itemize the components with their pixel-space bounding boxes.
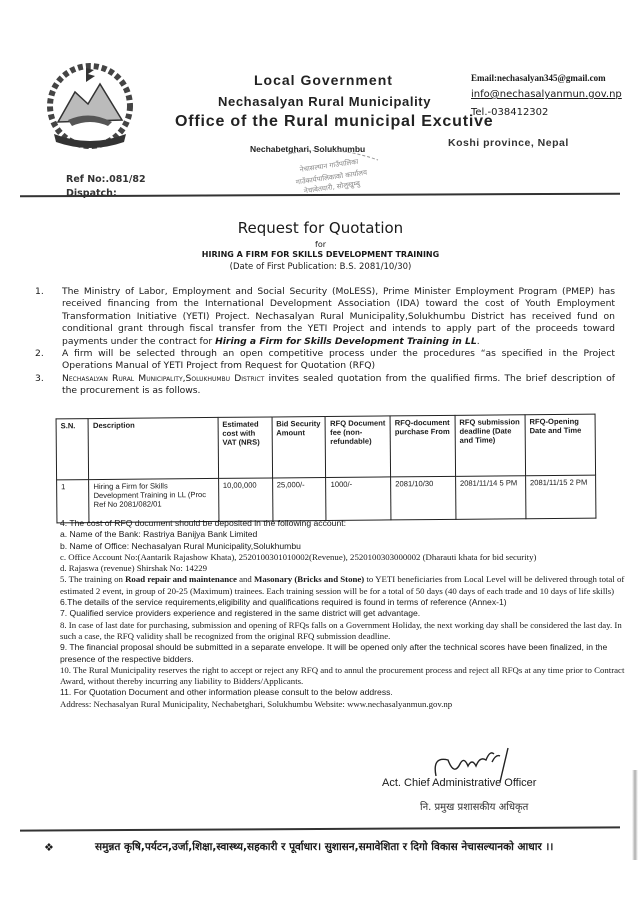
email-address-gmail[interactable]: Email:nechasalyan345@gmail.com [471,73,606,83]
clause-4a: a. Name of the Bank: Rastriya Banijya Ba… [60,529,630,540]
clause-6: 6.The details of the service requirement… [60,597,630,608]
contact-address: Address: Nechasalyan Rural Municipality,… [60,699,630,710]
cell-submission-deadline: 2081/11/14 5 PM [455,476,525,520]
col-purchase-from: RFQ-document purchase From [390,415,455,477]
signatory-title-nepali: नि. प्रमुख प्रशासकीय अधिकृत [420,799,528,813]
clause-5-text: and [237,574,254,584]
document-for: for [0,240,641,249]
paragraph-emphasis: Hiring a Firm for Skills Development Tra… [215,336,477,347]
cell-document-fee: 1000/- [326,477,391,521]
clause-4d: d. Rajaswa (revenue) Shirshak No: 14229 [60,563,630,574]
clause-4b: b. Name of Office: Nechasalyan Rural Mun… [60,541,630,552]
publication-date: (Date of First Publication: B.S. 2081/10… [0,262,641,272]
clause-4: 4. The cost of RFQ document should be de… [60,518,630,529]
col-description: Description [88,417,218,479]
clause-9: 9. The financial proposal should be subm… [60,642,630,665]
email-address-official[interactable]: info@nechasalyanmun.gov.np [471,89,622,100]
footer-divider [20,826,620,831]
paragraph-text: A firm will be selected through an open … [62,348,615,373]
cell-opening-date: 2081/11/15 2 PM [525,475,595,519]
table-row: 1 Hiring a Firm for Skills Development T… [57,475,596,523]
procurement-table: S.N. Description Estimated cost with VAT… [56,414,597,524]
clause-4c: c. Office Account No:(Aantarik Rajashow … [60,552,630,563]
cell-description: Hiring a Firm for Skills Development Tra… [89,478,219,522]
col-estimated-cost: Estimated cost with VAT (NRS) [218,417,272,478]
letterhead-municipality: Nechasalyan Rural Municipality [218,94,431,109]
document-subject: HIRING A FIRM FOR SKILLS DEVELOPMENT TRA… [0,250,641,259]
clause-7: 7. Qualified service providers experienc… [60,608,630,619]
cell-bid-security: 25,000/- [272,477,326,520]
document-title: Request for Quotation [0,219,641,237]
cell-estimated-cost: 10,00,000 [218,478,272,521]
paragraph-lead: Nechasalyan Rural Municipality,Solukhumb… [62,373,264,384]
paragraph-2: 2. A firm will be selected through an op… [35,348,615,373]
col-submission-deadline: RFQ submission deadline (Date and Time) [455,415,526,477]
paragraph-tail: . [477,336,480,347]
clause-5-text: 5. The training on [60,574,125,584]
paragraph-number: 2. [35,348,44,360]
table-header-row: S.N. Description Estimated cost with VAT… [56,414,596,480]
clause-11: 11. For Quotation Document and other inf… [60,687,630,698]
footer-motto: समुन्नत कृषि,पर्यटन,उर्जा,शिक्षा,स्वास्थ… [95,840,553,854]
col-bid-security: Bid Security Amount [272,417,326,478]
col-opening-date: RFQ-Opening Date and Time [525,414,596,476]
province: Koshi province, Nepal [448,137,569,149]
letterhead-local-government: Local Government [254,72,393,88]
clause-5-trade-1: Road repair and maintenance [125,574,237,584]
clause-10: 10. The Rural Municipality reserves the … [60,665,630,688]
clause-5-trade-2: Masonary (Bricks and Stone) [254,574,364,584]
diamond-bullet-icon: ❖ [44,841,54,854]
telephone-number: Tel.-038412302 [471,107,548,118]
office-stamp-icon: नेचासल्यान गाउँपालिका गाउँकार्यपालिकाको … [278,150,388,198]
scan-edge-shadow [632,770,638,860]
clauses-block: 4. The cost of RFQ document should be de… [60,518,630,710]
paragraph-3: 3. Nechasalyan Rural Municipality,Solukh… [35,373,615,398]
letterhead-office: Office of the Rural municipal Excutive [175,113,493,131]
cell-sn: 1 [57,480,90,523]
signatory-title: Act. Chief Administrative Officer [382,777,536,789]
paragraph-1: 1. The Ministry of Labor, Employment and… [35,286,615,348]
col-sn: S.N. [56,419,89,480]
nepal-emblem-icon [40,62,140,154]
paragraph-number: 3. [35,373,44,385]
paragraph-number: 1. [35,286,44,298]
clause-8: 8. In case of last date for purchasing, … [60,620,630,643]
col-document-fee: RFQ Document fee (non-refundable) [326,416,391,478]
cell-purchase-from: 2081/10/30 [391,476,456,520]
ref-number: Ref No:.081/82 [66,173,146,187]
clause-5: 5. The training on Road repair and maint… [60,574,630,597]
